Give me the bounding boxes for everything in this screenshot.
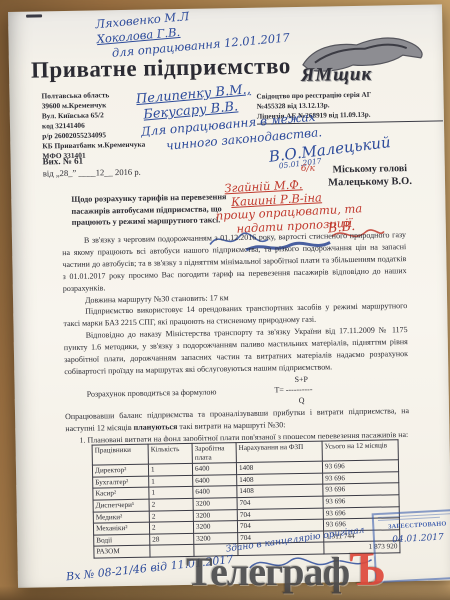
formula-lead: Розрахунок проводиться за формулою (87, 386, 217, 400)
sender-address-block: Полтавська область 39600 м.Кременчук Вул… (41, 90, 145, 162)
formula-numerator: S+P (290, 375, 312, 386)
cell: 3200 (193, 498, 237, 510)
col-header: Нарахування на ФЗП (236, 441, 322, 463)
cell: РАЗОМ (94, 545, 150, 558)
paragraph: Відповідно до наказу Міністерства трансп… (64, 324, 409, 378)
cell: 1 (149, 487, 193, 499)
col-header: Усього на 12 місяців (322, 440, 398, 462)
address-line: КБ Приватбанк м.Кременчука (42, 140, 145, 152)
payroll-table: Працівники Кількість Заробітна плата Нар… (92, 439, 401, 558)
col-header: Працівники (92, 444, 148, 465)
col-header: Заробітна плата (192, 443, 236, 464)
cell: Директор² (92, 464, 148, 477)
cell: Диспетчери¹ (93, 499, 149, 512)
logo-text: ЯМщик (301, 63, 429, 87)
paragraph-bold: плануються (134, 422, 178, 432)
cell: 6400 (193, 474, 237, 486)
cell: 2 (149, 498, 193, 510)
formula-fraction: S+P Т= ---------- Q (274, 375, 313, 407)
company-title: Приватне підприємство (31, 53, 291, 84)
paragraph: В зв'язку з черговим подорожчанням з 01.… (62, 229, 407, 295)
cell: 1 (148, 464, 192, 476)
cell: Бухгалтер² (93, 476, 149, 489)
cell: Касир² (93, 487, 149, 500)
watermark-text: Телеграф (186, 549, 349, 594)
stamp-handwritten-date: 04.01.2017 (375, 532, 450, 546)
outgoing-number: Вих. № 61 (43, 156, 84, 167)
cell: Механіки² (93, 522, 149, 535)
cell: 1 (149, 475, 193, 487)
cell: 3200 (193, 521, 237, 533)
watermark-letter: Ъ (349, 543, 385, 596)
paragraph-text: такі витрати на маршруті №30: (177, 421, 285, 432)
cell: 6400 (192, 463, 236, 475)
printer-mark (26, 14, 42, 17)
formula-mid: Т= ---------- (274, 385, 312, 396)
outgoing-date-line: від „28_” ____12__ 2016 р. (43, 167, 141, 179)
cell: 3200 (193, 509, 237, 521)
cell: 6400 (193, 486, 237, 498)
formula-denominator: Q (291, 396, 313, 407)
recipient-title: Міському голові (307, 163, 433, 176)
cell: Водії (94, 534, 150, 547)
photo-scene: Ляховенко М.Л Хоколова Г.В. для опрацюва… (0, 0, 450, 600)
col-header: Кількість (148, 443, 192, 464)
letter-body: В зв'язку з черговим подорожчанням з 01.… (62, 229, 410, 443)
telegraf-watermark: ТелеграфЪ (186, 542, 385, 597)
stamp-title: ЗАРЕЄСТРОВАНО (374, 520, 450, 531)
list-number: 1. (79, 436, 85, 443)
cell: 2 (149, 521, 193, 533)
document-paper: Ляховенко М.Л Хоколова Г.В. для опрацюва… (8, 4, 450, 587)
cell: 2 (149, 510, 193, 522)
tariff-formula: Розрахунок проводиться за формулою S+P Т… (86, 373, 409, 410)
cell: Медики² (93, 511, 149, 524)
